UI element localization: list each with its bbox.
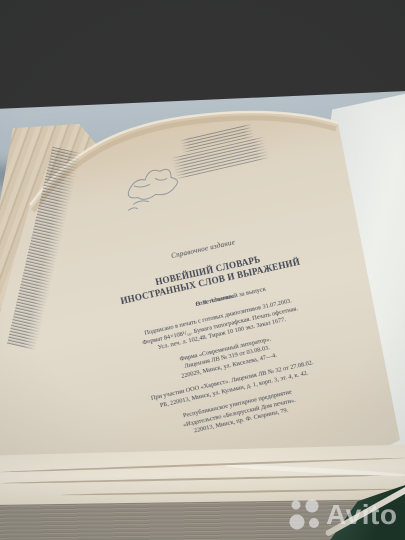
avito-logo-icon [288,496,324,534]
avito-wordmark: Avito [326,499,397,531]
avito-watermark: Avito [288,492,405,538]
marketplace-photo-book-colophon: Справочное издание НОВЕЙШИЙ СЛОВАРЬ ИНОС… [0,0,405,540]
